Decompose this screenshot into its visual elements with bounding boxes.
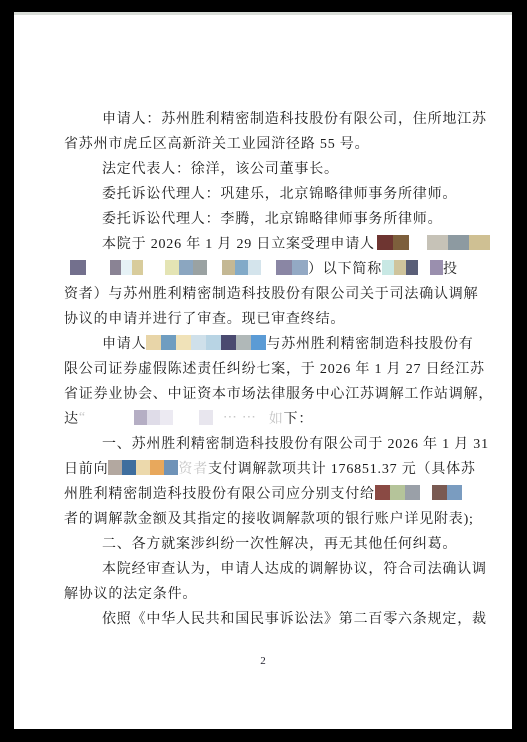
text-run: 限公司证券虚假陈述责任纠纷七案，于 2026 年 1 月 27 日经江苏 xyxy=(64,358,485,378)
redaction-chip xyxy=(390,485,405,500)
redaction-block xyxy=(427,235,490,250)
text-run: 支付调解款项共计 176851.37 元（具体苏 xyxy=(208,458,476,478)
redaction-chip xyxy=(393,235,409,250)
redaction-chip xyxy=(132,260,143,275)
doc-line: 本院经审查认为，申请人达成的调解协议，符合司法确认调 xyxy=(64,555,466,580)
redaction-block xyxy=(110,260,143,275)
text-run: 本院于 2026 年 1 月 29 日立案受理申请人 xyxy=(102,233,375,253)
redaction-block xyxy=(375,485,420,500)
redaction-chip xyxy=(447,485,462,500)
text-run: 日前向 xyxy=(64,458,108,478)
redaction-chip xyxy=(427,235,448,250)
redaction-block xyxy=(199,410,213,425)
text-run: 二、各方就案涉纠纷一次性解决，再无其他任何纠葛。 xyxy=(102,533,457,553)
text-run: 申请人 xyxy=(102,333,146,353)
text-run: 委托诉讼代理人：李腾，北京锦略律师事务所律师。 xyxy=(102,208,442,228)
spacer xyxy=(261,267,276,268)
redaction-block xyxy=(276,260,308,275)
doc-line: ）以下简称投 xyxy=(64,255,466,280)
spacer xyxy=(418,267,430,268)
redaction-chip xyxy=(276,260,292,275)
text-run: 法定代表人：徐洋，该公司董事长。 xyxy=(102,158,339,178)
redaction-chip xyxy=(469,235,490,250)
redaction-chip xyxy=(122,460,136,475)
faint-text-run: ⋯ ⋯ xyxy=(223,409,257,426)
spacer xyxy=(173,417,199,418)
text-run: ）以下简称 xyxy=(308,258,382,278)
text-run: 州胜利精密制造科技股份有限公司应分别支付给 xyxy=(64,483,375,503)
doc-line: 依照《中华人民共和国民事诉讼法》第二百零六条规定，裁 xyxy=(64,605,466,630)
redaction-chip xyxy=(146,335,161,350)
redaction-chip xyxy=(134,410,147,425)
redaction-chip xyxy=(164,460,178,475)
redaction-block xyxy=(430,260,443,275)
doc-line: 委托诉讼代理人：巩建乐，北京锦略律师事务所律师。 xyxy=(64,180,466,205)
faint-text-run: 资者 xyxy=(178,458,208,478)
redaction-chip xyxy=(377,235,393,250)
redaction-chip xyxy=(394,260,406,275)
redaction-chip xyxy=(236,335,251,350)
redaction-chip xyxy=(405,485,420,500)
redaction-chip xyxy=(222,260,235,275)
redaction-block xyxy=(70,260,86,275)
redaction-chip xyxy=(160,410,173,425)
text-run: 投 xyxy=(443,258,458,278)
redaction-chip xyxy=(206,335,221,350)
redaction-chip xyxy=(191,335,206,350)
redaction-chip xyxy=(70,260,86,275)
redaction-block xyxy=(134,410,173,425)
doc-line: 申请人与苏州胜利精密制造科技股份有 xyxy=(64,330,466,355)
text-run: 委托诉讼代理人：巩建乐，北京锦略律师事务所律师。 xyxy=(102,183,457,203)
doc-line: 解协议的法定条件。 xyxy=(64,580,466,605)
doc-line: 州胜利精密制造科技股份有限公司应分别支付给 xyxy=(64,480,466,505)
redaction-block xyxy=(108,460,178,475)
redaction-chip xyxy=(108,460,122,475)
redaction-chip xyxy=(176,335,191,350)
spacer xyxy=(409,242,427,243)
redaction-chip xyxy=(221,335,236,350)
redaction-chip xyxy=(432,485,447,500)
redaction-chip xyxy=(406,260,418,275)
doc-line: 资者）与苏州胜利精密制造科技股份有限公司关于司法确认调解 xyxy=(64,280,466,305)
doc-line: 限公司证券虚假陈述责任纠纷七案，于 2026 年 1 月 27 日经江苏 xyxy=(64,355,466,380)
doc-line: 省苏州市虎丘区高新浒关工业园浒径路 55 号。 xyxy=(64,130,466,155)
text-run: 省证券业协会、中证资本市场法律服务中心江苏调解工作站调解， xyxy=(64,383,493,403)
redaction-block xyxy=(432,485,462,500)
redaction-chip xyxy=(430,260,443,275)
redaction-chip xyxy=(161,335,176,350)
spacer xyxy=(207,267,222,268)
document-page: 申请人：苏州胜利精密制造科技股份有限公司，住所地江苏省苏州市虎丘区高新浒关工业园… xyxy=(14,12,512,729)
text-run: 下： xyxy=(284,408,314,428)
text-run: 资者）与苏州胜利精密制造科技股份有限公司关于司法确认调解 xyxy=(64,283,478,303)
redaction-chip xyxy=(179,260,193,275)
doc-line: 申请人：苏州胜利精密制造科技股份有限公司，住所地江苏 xyxy=(64,105,466,130)
redaction-chip xyxy=(147,410,160,425)
doc-line: 省证券业协会、中证资本市场法律服务中心江苏调解工作站调解， xyxy=(64,380,466,405)
redaction-chip xyxy=(382,260,394,275)
redaction-block xyxy=(382,260,418,275)
spacer xyxy=(86,417,134,418)
redaction-chip xyxy=(235,260,248,275)
spacer xyxy=(420,492,432,493)
redaction-block xyxy=(222,260,261,275)
text-run: 达 xyxy=(64,408,79,428)
text-run: 省苏州市虎丘区高新浒关工业园浒径路 55 号。 xyxy=(64,133,369,153)
doc-line: 日前向资者支付调解款项共计 176851.37 元（具体苏 xyxy=(64,455,466,480)
text-run: 申请人：苏州胜利精密制造科技股份有限公司，住所地江苏 xyxy=(102,108,487,128)
text-run: 协议的申请并进行了审查。现已审查终结。 xyxy=(64,308,345,328)
doc-line: 一、苏州胜利精密制造科技股份有限公司于 2026 年 1 月 31 xyxy=(64,430,466,455)
doc-content: 申请人：苏州胜利精密制造科技股份有限公司，住所地江苏省苏州市虎丘区高新浒关工业园… xyxy=(64,105,466,630)
redaction-chip xyxy=(375,485,390,500)
doc-line: 法定代表人：徐洋，该公司董事长。 xyxy=(64,155,466,180)
redaction-chip xyxy=(251,335,266,350)
page-number: 2 xyxy=(14,655,512,667)
doc-line: 协议的申请并进行了审查。现已审查终结。 xyxy=(64,305,466,330)
text-run: 与苏州胜利精密制造科技股份有 xyxy=(266,333,473,353)
redaction-chip xyxy=(248,260,261,275)
redaction-block xyxy=(377,235,409,250)
redaction-chip xyxy=(193,260,207,275)
redaction-chip xyxy=(110,260,121,275)
faint-text-run: “ xyxy=(79,410,86,426)
redaction-chip xyxy=(121,260,132,275)
redaction-chip xyxy=(165,260,179,275)
redaction-block xyxy=(165,260,207,275)
spacer xyxy=(86,267,110,268)
viewer-background: { "page": { "background_color": "#000000… xyxy=(0,0,527,742)
doc-line: 达“⋯ ⋯如下： xyxy=(64,405,466,430)
spacer xyxy=(143,267,165,268)
redaction-chip xyxy=(199,410,213,425)
doc-line: 本院于 2026 年 1 月 29 日立案受理申请人 xyxy=(64,230,466,255)
text-run: 解协议的法定条件。 xyxy=(64,583,197,603)
doc-line: 者的调解款金额及其指定的接收调解款项的银行账户详见附表); xyxy=(64,505,466,530)
redaction-chip xyxy=(150,460,164,475)
spacer xyxy=(213,417,223,418)
text-run: 者的调解款金额及其指定的接收调解款项的银行账户详见附表); xyxy=(64,508,474,528)
redaction-chip xyxy=(292,260,308,275)
faint-text-run: 如 xyxy=(269,408,284,428)
redaction-chip xyxy=(136,460,150,475)
text-run: 本院经审查认为，申请人达成的调解协议，符合司法确认调 xyxy=(102,558,487,578)
doc-line: 二、各方就案涉纠纷一次性解决，再无其他任何纠葛。 xyxy=(64,530,466,555)
text-run: 一、苏州胜利精密制造科技股份有限公司于 2026 年 1 月 31 xyxy=(102,433,489,453)
redaction-chip xyxy=(448,235,469,250)
doc-line: 委托诉讼代理人：李腾，北京锦略律师事务所律师。 xyxy=(64,205,466,230)
text-run: 依照《中华人民共和国民事诉讼法》第二百零六条规定，裁 xyxy=(102,608,487,628)
redaction-block xyxy=(146,335,266,350)
spacer xyxy=(257,417,269,418)
